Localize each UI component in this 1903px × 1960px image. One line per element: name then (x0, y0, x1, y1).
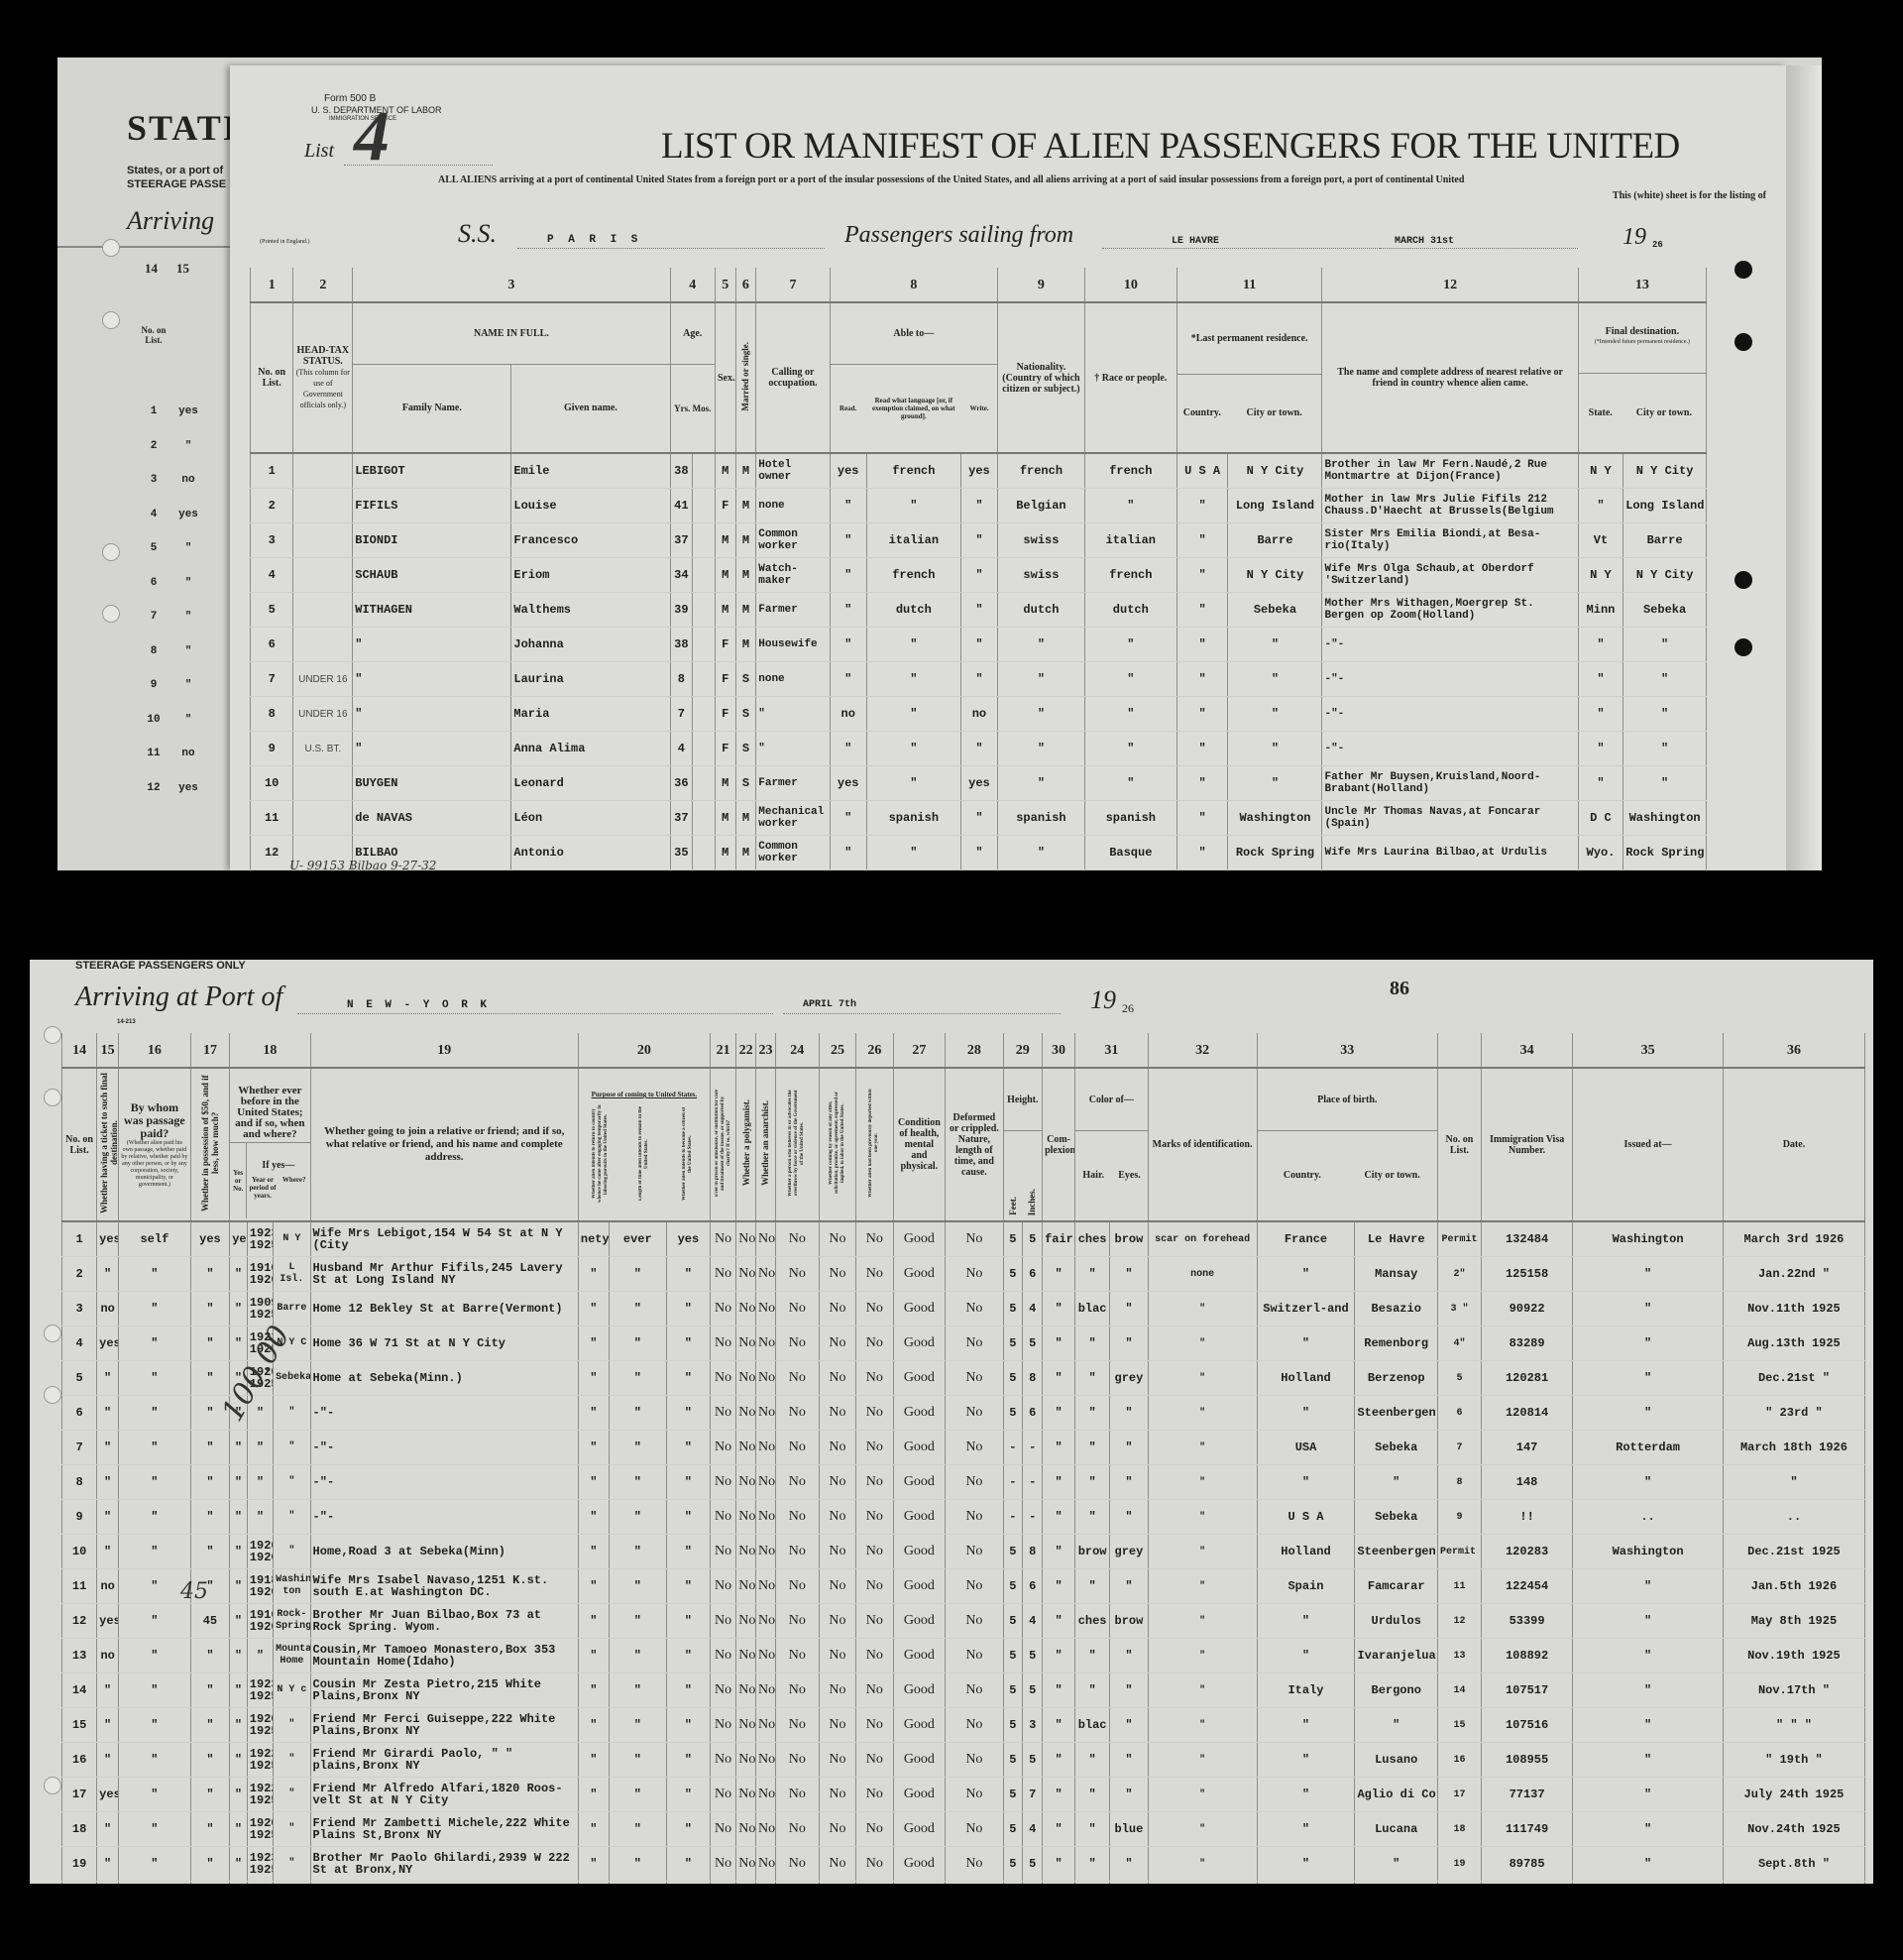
cell-complexion: " (1043, 1604, 1075, 1639)
birth-country-label: Country. (1258, 1170, 1348, 1181)
cell-joining-relative: Friend Mr Alfredo Alfari,1820 Roos-velt … (310, 1778, 578, 1812)
cell-has-ticket: " (97, 1431, 119, 1465)
cell-row-number-2: Permit (1437, 1221, 1481, 1257)
table-row: 7UNDER 16"Laurina8FSnone"""""""-"-"" (251, 662, 1707, 697)
cell-visa-issued-at: Rotterdam (1573, 1431, 1724, 1465)
cell-ever-before-in-us: " (230, 1639, 248, 1673)
under-sheet-row: 11no (139, 737, 228, 771)
cell-overthrow: No (775, 1465, 819, 1500)
cell-can-read: " (830, 662, 866, 697)
cell-overthrow: No (775, 1396, 819, 1431)
anarchist-label: Whether an anarchist. (760, 1100, 770, 1186)
cell-overthrow: No (775, 1847, 819, 1882)
cell-purpose-return: " (578, 1708, 609, 1743)
cell-height-inches: 6 (1023, 1257, 1043, 1292)
cell-destination-state: " (1578, 766, 1623, 801)
cell-visa-issued-at: " (1573, 1778, 1724, 1812)
cell-purpose-return: " (578, 1465, 609, 1500)
col-num: 28 (946, 1033, 1003, 1068)
cell-where-in-us: " (274, 1535, 310, 1569)
col-num: 13 (1578, 268, 1706, 302)
cell-anarchist: No (756, 1465, 776, 1500)
cell-eye-color: " (1110, 1639, 1148, 1673)
cell-sex: M (715, 523, 735, 558)
under-col-14-header: No. on List. (139, 325, 168, 345)
cell-can-write: " (960, 523, 997, 558)
cell-anarchist: No (756, 1326, 776, 1361)
cell-destination-city: " (1623, 662, 1707, 697)
cell-marital-status: S (735, 662, 756, 697)
cell-birth-country: " (1257, 1396, 1355, 1431)
cell-race: " (1084, 628, 1176, 662)
cell-residence-city: " (1228, 766, 1322, 801)
cell-ever-before-in-us: " (230, 1812, 248, 1847)
cell-age-years: 39 (670, 593, 693, 628)
cell-row-number-2: 13 (1437, 1639, 1481, 1673)
cell-purpose-length: ever (609, 1221, 666, 1257)
cell-where-in-us: N Y (274, 1221, 310, 1257)
cell-height-feet: 5 (1003, 1778, 1023, 1812)
bilbao-annotation: U- 99153 Bilbao 9-27-32 (289, 859, 436, 870)
cell-birth-city: " (1355, 1708, 1438, 1743)
header-height: Height.Feet.Inches. (1003, 1068, 1043, 1221)
cell-eye-color: " (1110, 1326, 1148, 1361)
mos-label: Mos. (693, 404, 712, 413)
cell-birth-city: Sebeka (1355, 1500, 1438, 1535)
cell-residence-city: Barre (1228, 523, 1322, 558)
cell-purpose-citizen: " (666, 1257, 710, 1292)
cell-passage-paid-by: " (119, 1847, 191, 1882)
cell-labor-offer: No (819, 1431, 855, 1465)
cell-birth-city: Lusano (1355, 1743, 1438, 1778)
cell-has-fifty-dollars: 45 (190, 1604, 230, 1639)
cell-nearest-relative: -"- (1322, 697, 1578, 732)
col-num: 35 (1573, 1033, 1724, 1068)
cell-row-number: 10 (62, 1535, 97, 1569)
cell-years-in-us: 1918 1926 (247, 1569, 273, 1604)
manifest-table-1: 1 2 3 4 5 6 7 8 9 10 11 12 13 No. on Lis… (250, 268, 1707, 870)
cell-destination-city: Rock Spring (1623, 836, 1707, 870)
cell-read-language: french (866, 558, 960, 593)
cell-race: " (1084, 697, 1176, 732)
under-row-number: 12 (139, 782, 168, 794)
cell-has-ticket: " (97, 1847, 119, 1882)
cell-health: Good (893, 1500, 946, 1535)
cell-row-number: 1 (62, 1221, 97, 1257)
cell-destination-state: Minn (1578, 593, 1623, 628)
cell-purpose-length: " (609, 1604, 666, 1639)
printed-in: (Printed in England.) (260, 239, 310, 245)
punch-hole (1735, 571, 1752, 589)
cell-passage-paid-by: " (119, 1326, 191, 1361)
cell-visa-number: 120814 (1481, 1396, 1572, 1431)
year-prefix: 19 (1090, 985, 1116, 1015)
header-offer: Whether coming by reason of any offer, s… (819, 1068, 855, 1221)
header-able-to: Able to— Read.Read what language [or, if… (830, 302, 997, 453)
cell-age-years: 41 (670, 489, 693, 523)
cell-hair-color: " (1075, 1500, 1110, 1535)
cell-where-in-us: " (274, 1708, 310, 1743)
header-joining: Whether going to join a relative or frie… (310, 1068, 578, 1221)
cell-overthrow: No (775, 1500, 819, 1535)
cell-overthrow: No (775, 1292, 819, 1326)
manifest-subtitle-2: This (white) sheet is for the listing of (1613, 190, 1766, 201)
cell-height-inches: 7 (1023, 1778, 1043, 1812)
cell-ever-before-in-us: " (230, 1882, 248, 1885)
cell-row-number: 13 (62, 1639, 97, 1673)
col-num: 25 (819, 1033, 855, 1068)
ticket-label: Whether having a ticket to such final de… (99, 1069, 118, 1217)
cell-hair-color: " (1075, 1465, 1110, 1500)
cell-has-ticket: " (97, 1882, 119, 1885)
binder-hole (44, 1777, 61, 1794)
date-line (783, 1013, 1061, 1014)
cell-row-number: 7 (62, 1431, 97, 1465)
cell-deformed: No (946, 1292, 1003, 1326)
cell-nationality: " (998, 697, 1085, 732)
cell-purpose-return: " (578, 1639, 609, 1673)
cell-birth-country: " (1257, 1708, 1355, 1743)
cell-identification-marks: " (1148, 1847, 1257, 1882)
cell-visa-date: Aug.13th 1925 (1723, 1326, 1864, 1361)
cell-joining-relative: Wife Mrs Isabel Navaso,1251 K.st. south … (310, 1569, 578, 1604)
prison-label: Ever in prison or almshouse, or institut… (715, 1089, 732, 1198)
cell-health: Good (893, 1221, 946, 1257)
cell-nationality: " (998, 766, 1085, 801)
cell-height-inches: - (1023, 1465, 1043, 1500)
birth-place-label: Place of birth. (1258, 1071, 1437, 1131)
if-yes-label: If yes— (247, 1162, 309, 1170)
cell-residence-country: " (1176, 523, 1228, 558)
cell-row-number: 20 (62, 1882, 97, 1885)
cell-ever-before-in-us: " (230, 1500, 248, 1535)
sailing-label: Passengers sailing from (844, 222, 1073, 249)
overthrow-label: Whether a person who believes in or advo… (788, 1089, 806, 1198)
cell-row-number-2: 4" (1437, 1326, 1481, 1361)
cell-deformed: No (946, 1396, 1003, 1431)
cell-labor-offer: No (819, 1326, 855, 1361)
header-head-tax: HEAD-TAX STATUS.(This column for use of … (293, 302, 353, 453)
cell-has-ticket: " (97, 1465, 119, 1500)
table-row: 5WITHAGENWalthems39MMFarmer"dutch"dutchd… (251, 593, 1707, 628)
cell-polygamist: No (736, 1673, 756, 1708)
cell-hair-color: ches (1075, 1604, 1110, 1639)
cell-visa-issued-at: " (1573, 1396, 1724, 1431)
cell-years-in-us: " (247, 1465, 273, 1500)
cell-sex: F (715, 697, 735, 732)
cell-polygamist: No (736, 1708, 756, 1743)
under-row-number: 2 (139, 440, 168, 452)
cell-joining-relative: Cousin Mr Zesta Pietro,215 White Plains,… (310, 1673, 578, 1708)
cell-ever-before-in-us: " (230, 1604, 248, 1639)
header-no-on-list: No. on List. (251, 302, 293, 453)
cell-height-inches: 5 (1023, 1326, 1043, 1361)
cell-race: " (1084, 489, 1176, 523)
cell-purpose-length: " (609, 1500, 666, 1535)
cell-can-read: " (830, 801, 866, 836)
cell-destination-city: N Y City (1623, 558, 1707, 593)
cell-row-number-2: 7 (1437, 1431, 1481, 1465)
cell-purpose-citizen: " (666, 1604, 710, 1639)
cell-deformed: No (946, 1604, 1003, 1639)
cell-labor-offer: No (819, 1812, 855, 1847)
column-header-row: No. on List. HEAD-TAX STATUS.(This colum… (251, 302, 1707, 453)
cell-row-number: 14 (62, 1673, 97, 1708)
cell-labor-offer: No (819, 1569, 855, 1604)
under-col-14-number: 14 (145, 261, 158, 277)
under-row-ticket: " (168, 577, 208, 589)
birth-city-label: City or town. (1347, 1170, 1437, 1181)
cell-sex: M (715, 836, 735, 870)
cell-overthrow: No (775, 1673, 819, 1708)
manifest-page-1: Form 500 B U. S. DEPARTMENT OF LABOR IMM… (230, 65, 1786, 870)
year-period-label: Year or period of years. (247, 1176, 279, 1200)
list-number-line (344, 165, 493, 166)
table-row: 8UNDER 16"Maria7FS"no"no""""-"-"" (251, 697, 1707, 732)
cell-destination-state: D C (1578, 801, 1623, 836)
cell-height-feet: 5 (1003, 1673, 1023, 1708)
cell-row-number: 5 (62, 1361, 97, 1396)
cell-marital-status: M (735, 489, 756, 523)
given-name-label: Given name. (510, 365, 669, 452)
cell-has-fifty-dollars: " (190, 1257, 230, 1292)
cell-row-number-2: 3 " (1437, 1292, 1481, 1326)
cell-deformed: No (946, 1847, 1003, 1882)
cell-purpose-citizen: " (666, 1708, 710, 1743)
table-row: 2""""1910 1926L Isl.Husband Mr Arthur Fi… (62, 1257, 1865, 1292)
cell-where-in-us: " (274, 1465, 310, 1500)
cell-height-feet: 5 (1003, 1221, 1023, 1257)
col-num: 29 (1003, 1033, 1043, 1068)
cell-health: Good (893, 1639, 946, 1673)
cell-destination-state: " (1578, 662, 1623, 697)
cell-can-read: yes (830, 766, 866, 801)
cell-visa-issued-at: " (1573, 1812, 1724, 1847)
cell-race: italian (1084, 523, 1176, 558)
cell-visa-number: 120283 (1481, 1535, 1572, 1569)
cell-height-inches: 5 (1023, 1847, 1043, 1882)
cell-complexion: " (1043, 1847, 1075, 1882)
year-suffix: 26 (1652, 240, 1663, 250)
cell-polygamist: No (736, 1257, 756, 1292)
cell-destination-state: " (1578, 628, 1623, 662)
cell-residence-country: " (1176, 558, 1228, 593)
cell-head-tax-status (293, 523, 353, 558)
cell-destination-state: Vt (1578, 523, 1623, 558)
header-ticket: Whether having a ticket to such final de… (97, 1068, 119, 1221)
cell-birth-country: Italy (1257, 1673, 1355, 1708)
under-row-number: 9 (139, 679, 168, 691)
under-row-ticket: no (168, 474, 208, 486)
cell-deported: No (856, 1812, 893, 1847)
cell-anarchist: No (756, 1431, 776, 1465)
purpose-b-label: Length of time alien intends to remain i… (638, 1104, 650, 1204)
under-sheet-rows: 1yes2"3no4yes5"6"7"8"9"10"11no12yes (139, 395, 228, 805)
cell-purpose-citizen: " (666, 1326, 710, 1361)
cell-labor-offer: No (819, 1535, 855, 1569)
cell-birth-country: " (1257, 1882, 1355, 1885)
cell-sex: M (715, 453, 735, 489)
header-final-destination: Final destination.(*Intended future perm… (1578, 302, 1706, 453)
cell-where-in-us: Barre (274, 1292, 310, 1326)
under-row-ticket: yes (168, 405, 208, 417)
cell-years-in-us: " (247, 1431, 273, 1465)
cell-deformed: No (946, 1431, 1003, 1465)
able-to-label: Able to— (831, 304, 997, 365)
table-row: 9U.S. BT."Anna Alima4FS""""""""-"-"" (251, 732, 1707, 766)
cell-polygamist: No (736, 1604, 756, 1639)
col-num: 23 (756, 1033, 776, 1068)
cell-row-number-2: 8 (1437, 1465, 1481, 1500)
cell-deformed: No (946, 1500, 1003, 1535)
cell-eye-color: " (1110, 1882, 1148, 1885)
cell-purpose-return: " (578, 1673, 609, 1708)
cell-age-years: 7 (670, 697, 693, 732)
cell-identification-marks: " (1148, 1604, 1257, 1639)
header-complexion: Com-plexion. (1043, 1068, 1075, 1221)
cell-anarchist: No (756, 1708, 776, 1743)
cell-head-tax-status (293, 558, 353, 593)
cell-destination-city: " (1623, 697, 1707, 732)
read-label: Read. (831, 404, 866, 412)
cell-deported: No (856, 1431, 893, 1465)
cell-occupation: none (756, 662, 830, 697)
cell-nationality: Belgian (998, 489, 1085, 523)
cell-passage-paid-by: " (119, 1500, 191, 1535)
cell-joining-relative: Home at Sebeka(Minn.) (310, 1361, 578, 1396)
cell-has-fifty-dollars: " (190, 1361, 230, 1396)
cell-purpose-length: " (609, 1361, 666, 1396)
cell-purpose-length: " (609, 1396, 666, 1431)
passage-paid-label: By whom was passage paid? (121, 1101, 188, 1140)
cell-joining-relative: Husband Mr Arthur Fifils,245 Lavery St a… (310, 1257, 578, 1292)
cell-sex: F (715, 662, 735, 697)
cell-polygamist: No (736, 1535, 756, 1569)
table-row: 10""""1920 1926"Home,Road 3 at Sebeka(Mi… (62, 1535, 1865, 1569)
cell-passage-paid-by: " (119, 1361, 191, 1396)
cell-complexion: " (1043, 1812, 1075, 1847)
cell-can-write: " (960, 628, 997, 662)
cell-health: Good (893, 1569, 946, 1604)
cell-read-language: " (866, 766, 960, 801)
cell-family-name: " (353, 628, 511, 662)
cell-visa-date: Jan.22nd " (1723, 1257, 1864, 1292)
cell-eye-color: " (1110, 1431, 1148, 1465)
cell-family-name: de NAVAS (353, 801, 511, 836)
under-sheet-subtitle-2: STEERAGE PASSE (127, 178, 226, 190)
cell-has-ticket: " (97, 1743, 119, 1778)
col-num: 36 (1723, 1033, 1864, 1068)
steerage-note: STEERAGE PASSENGERS ONLY (75, 960, 246, 972)
color-of-label: Color of— (1075, 1071, 1148, 1131)
cell-marital-status: M (735, 628, 756, 662)
cell-visa-date: July 24th 1925 (1723, 1778, 1864, 1812)
cell-nearest-relative: Mother Mrs Withagen,Moergrep St. Bergen … (1322, 593, 1578, 628)
cell-row-number: 2 (62, 1257, 97, 1292)
cell-joining-relative: Home 12 Bekley St at Barre(Vermont) (310, 1292, 578, 1326)
cell-overthrow: No (775, 1743, 819, 1778)
cell-purpose-citizen: " (666, 1535, 710, 1569)
under-row-ticket: " (168, 542, 208, 554)
cell-visa-issued-at: " (1573, 1326, 1724, 1361)
col-num: 15 (97, 1033, 119, 1068)
cell-anarchist: No (756, 1673, 776, 1708)
cell-eye-color: " (1110, 1673, 1148, 1708)
cell-deported: No (856, 1882, 893, 1885)
head-tax-title: HEAD-TAX STATUS. (295, 345, 350, 367)
cell-visa-date: Sept.8th " (1723, 1847, 1864, 1882)
cell-passage-paid-by: " (119, 1257, 191, 1292)
col-num: 21 (710, 1033, 735, 1068)
table-row: 12BILBAOAntonio35MMCommon worker""""Basq… (251, 836, 1707, 870)
cell-has-ticket: yes (97, 1326, 119, 1361)
cell-hair-color: " (1075, 1743, 1110, 1778)
cell-row-number: 8 (62, 1465, 97, 1500)
table-row: 9""""""-"-"""NoNoNoNoNoNoGoodNo--""""U S… (62, 1500, 1865, 1535)
header-health: Condition of health, mental and physical… (893, 1068, 946, 1221)
cell-visa-date: March 3rd 1926 (1723, 1221, 1864, 1257)
cell-head-tax-status: UNDER 16 (293, 662, 353, 697)
cell-ever-before-in-us: " (230, 1708, 248, 1743)
cell-labor-offer: No (819, 1465, 855, 1500)
cell-purpose-length: " (609, 1326, 666, 1361)
cell-where-in-us: " (274, 1500, 310, 1535)
handwritten-45: 45 (180, 1579, 208, 1604)
cell-has-ticket: " (97, 1361, 119, 1396)
cell-deformed: No (946, 1361, 1003, 1396)
cell-purpose-length: " (609, 1569, 666, 1604)
cell-age-years: 35 (670, 836, 693, 870)
under-row-number: 7 (139, 611, 168, 623)
cell-read-language: french (866, 453, 960, 489)
cell-destination-state: N Y (1578, 558, 1623, 593)
cell-polygamist: No (736, 1743, 756, 1778)
cell-row-number-2: 15 (1437, 1708, 1481, 1743)
cell-passage-paid-by: " (119, 1673, 191, 1708)
binder-hole (44, 1386, 61, 1404)
cell-anarchist: No (756, 1847, 776, 1882)
table-row: 19""""1923 1925"Brother Mr Paolo Ghilard… (62, 1847, 1865, 1882)
port-line (297, 1013, 773, 1014)
cell-deformed: No (946, 1812, 1003, 1847)
cell-purpose-length: " (609, 1257, 666, 1292)
cell-row-number: 7 (251, 662, 293, 697)
table-row: 16""""1922 1925"Friend Mr Girardi Paolo,… (62, 1743, 1865, 1778)
cell-visa-issued-at: " (1573, 1361, 1724, 1396)
cell-deported: No (856, 1326, 893, 1361)
cell-where-in-us: L Isl. (274, 1257, 310, 1292)
cell-labor-offer: No (819, 1257, 855, 1292)
cell-years-in-us: 1920 1925 (247, 1812, 273, 1847)
page-edge (1786, 65, 1822, 870)
cell-residence-country: " (1176, 489, 1228, 523)
cell-hair-color: ches (1075, 1882, 1110, 1885)
cell-height-inches: 4 (1023, 1604, 1043, 1639)
col-num: 7 (756, 268, 830, 302)
cell-purpose-return: " (578, 1882, 609, 1885)
cell-purpose-citizen: " (666, 1639, 710, 1673)
cell-destination-city: Barre (1623, 523, 1707, 558)
cell-visa-date: " 23rd " (1723, 1396, 1864, 1431)
cell-complexion: " (1043, 1431, 1075, 1465)
cell-polygamist: No (736, 1326, 756, 1361)
punch-hole (1735, 261, 1752, 279)
cell-deformed: No (946, 1221, 1003, 1257)
cell-deformed: No (946, 1743, 1003, 1778)
cell-deported: No (856, 1743, 893, 1778)
cell-anarchist: No (756, 1535, 776, 1569)
col-num: 34 (1481, 1033, 1572, 1068)
